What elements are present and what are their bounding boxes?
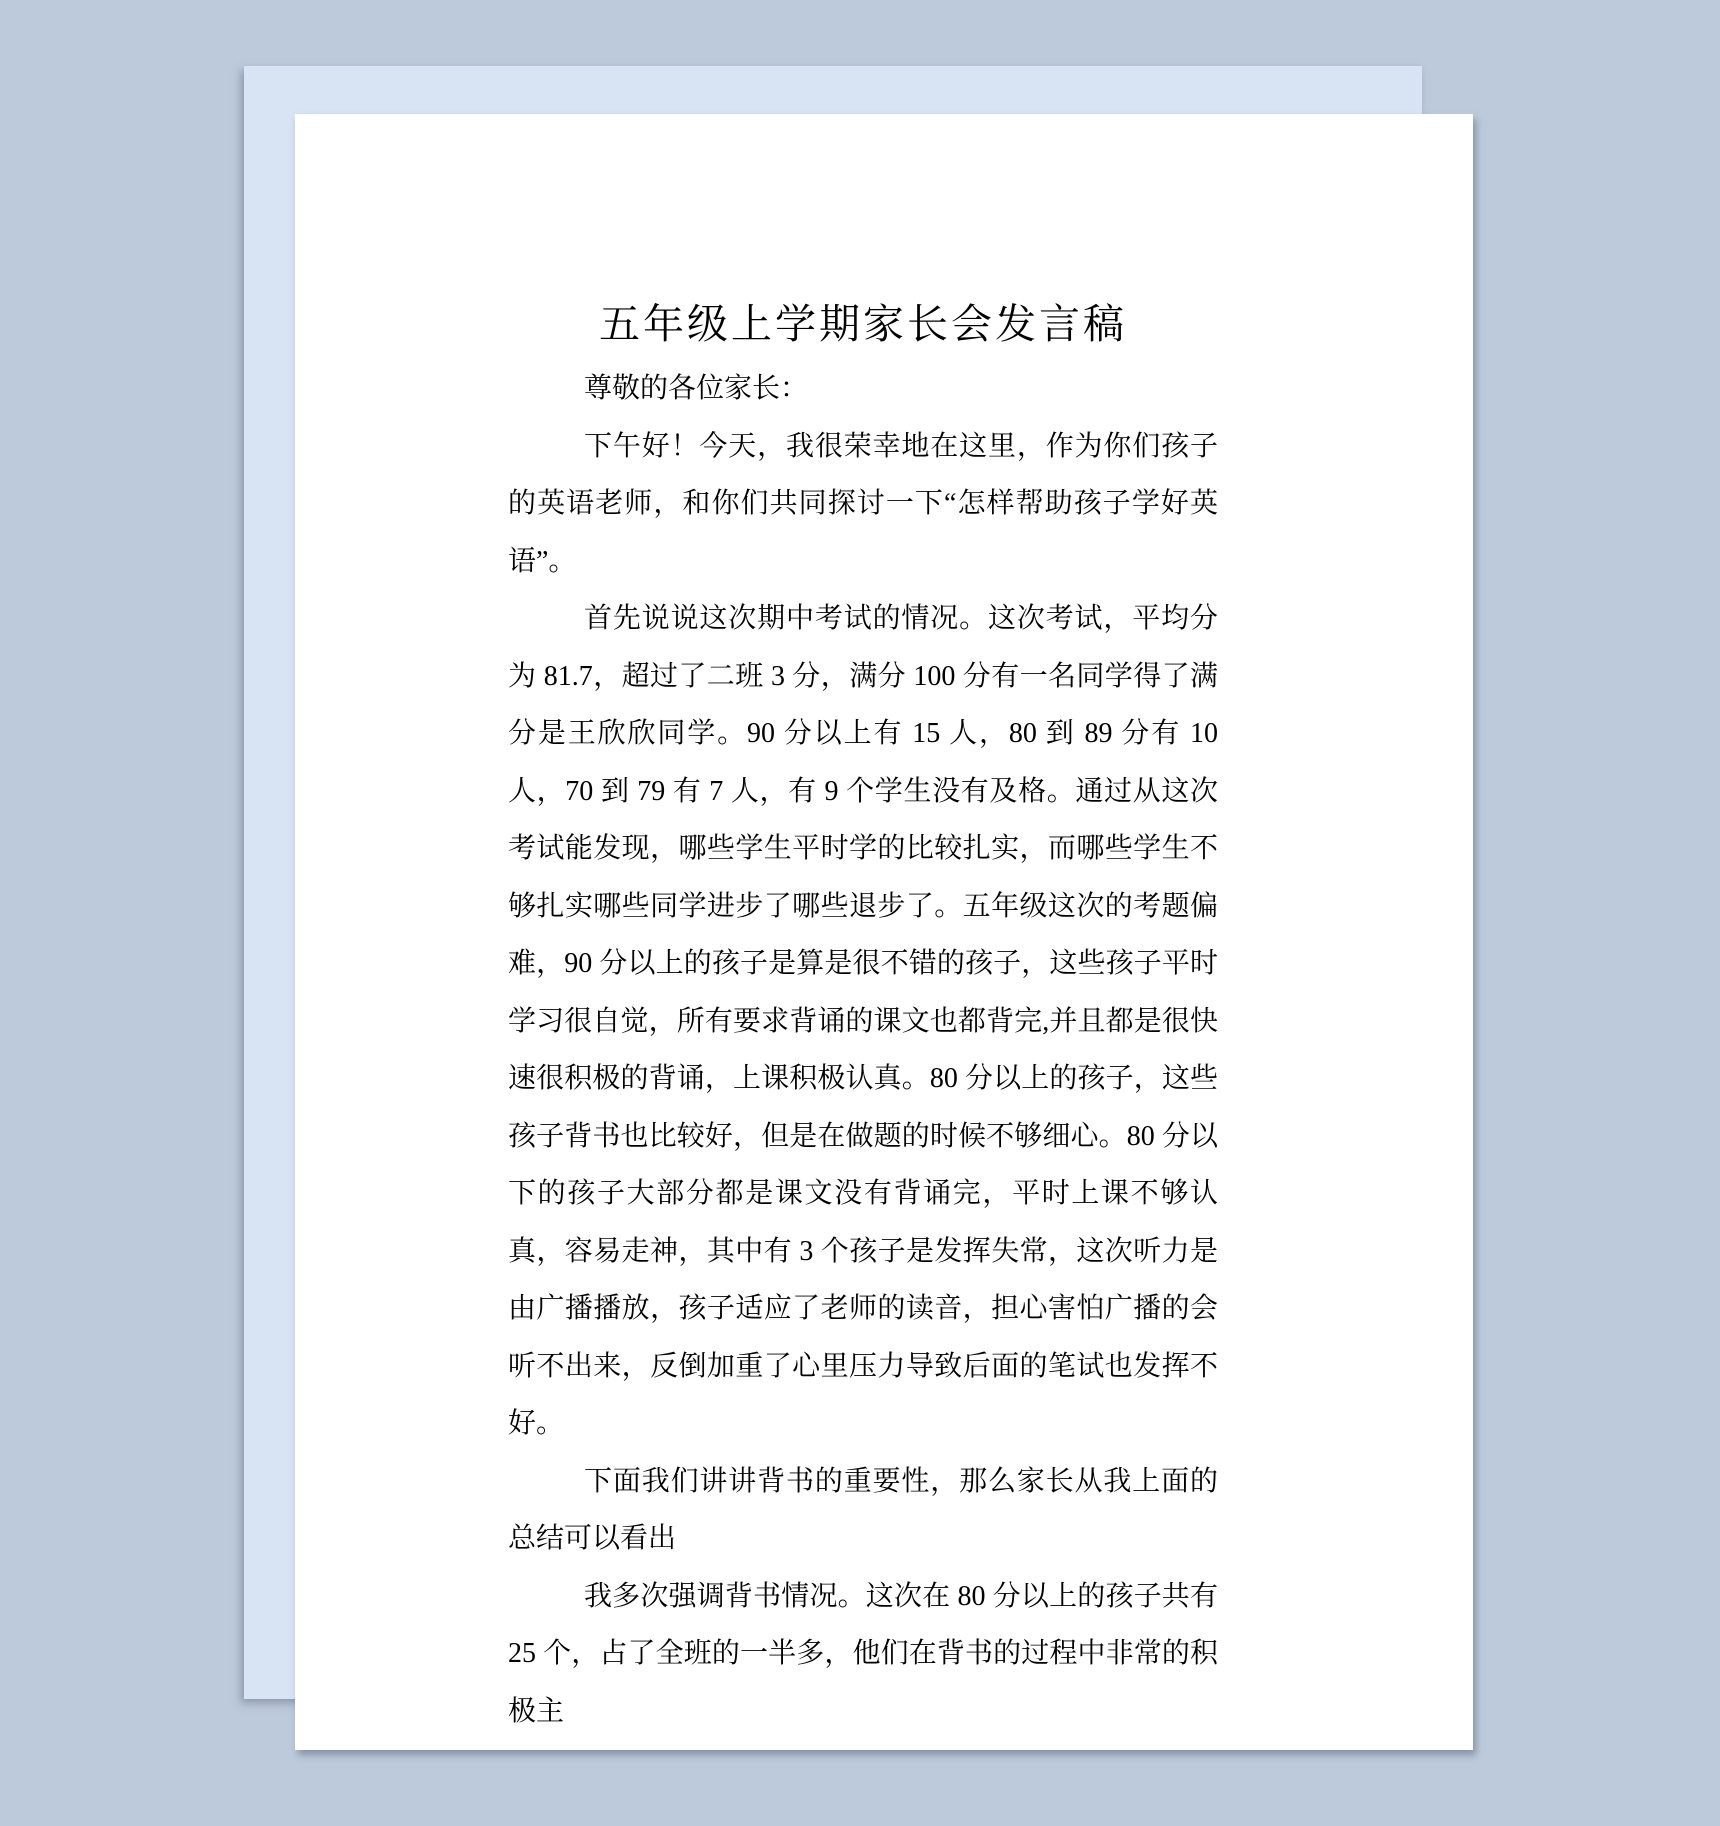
paragraph-salutation: 尊敬的各位家长： <box>508 360 1218 418</box>
document-page: 五年级上学期家长会发言稿 尊敬的各位家长： 下午好！今天，我很荣幸地在这里，作为… <box>295 114 1473 1750</box>
paragraph-recitation-intro: 下面我们讲讲背书的重要性，那么家长从我上面的总结可以看出 <box>508 1453 1218 1568</box>
paragraph-recitation-detail: 我多次强调背书情况。这次在 80 分以上的孩子共有 25 个，占了全班的一半多，… <box>508 1568 1218 1741</box>
paragraph-exam-results: 首先说说这次期中考试的情况。这次考试，平均分为 81.7，超过了二班 3 分，满… <box>508 590 1218 1453</box>
document-body: 尊敬的各位家长： 下午好！今天，我很荣幸地在这里，作为你们孩子的英语老师，和你们… <box>508 360 1218 1740</box>
document-title: 五年级上学期家长会发言稿 <box>508 298 1218 350</box>
document-preview-canvas: 五年级上学期家长会发言稿 尊敬的各位家长： 下午好！今天，我很荣幸地在这里，作为… <box>0 0 1720 1826</box>
paragraph-greeting: 下午好！今天，我很荣幸地在这里，作为你们孩子的英语老师，和你们共同探讨一下“怎样… <box>508 418 1218 591</box>
